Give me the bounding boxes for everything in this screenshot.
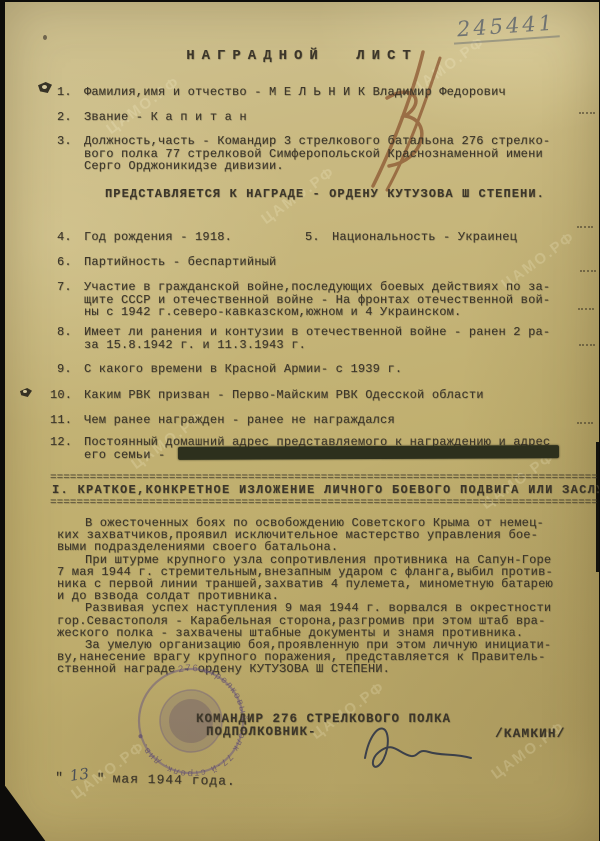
field-value: Должность,часть - Командир 3 стрелкового… [84,134,550,148]
field-war-participation: 7.Участие в гражданской войне,последующи… [57,281,550,319]
commander-rank-line: ПОДПОЛКОВНИК- [206,726,317,739]
field-number: 10. [50,389,84,402]
field-party-status: 6.Партийность - беспартийный [57,256,276,269]
commander-surname: /КАМКИН/ [495,728,565,741]
field-previous-awards: 11.Чем ранее награжден - ранее не награж… [50,414,395,427]
scan-artifact [577,422,593,424]
field-number: 7. [57,281,84,294]
section-heading: I. КРАТКОЕ,КОНКРЕТНОЕ ИЗЛОЖЕНИЕ ЛИЧНОГО … [52,484,600,497]
field-value: ны с 1942 г.северо-кавказском,южном и 4 … [84,306,550,319]
award-statement: ПРЕДСТАВЛЯЕТСЯ К НАГРАДЕ - ОРДЕНУ КУТУЗО… [105,188,545,201]
field-value: Участие в гражданской войне,последующих … [84,280,550,294]
quote-mark: " [55,770,63,785]
field-number: 6. [57,256,84,269]
field-value: С какого времени в Красной Армии- с 1939… [84,362,402,376]
citation-line: выми подразделениями своего батальона. [57,541,553,553]
field-number: 9. [57,363,84,376]
divider-rule: ========================================… [50,497,597,510]
watermark: ЦАМО.РФ [103,73,183,138]
document-page: ЦАМО.РФ ЦАМО.РФ ЦАМО.РФ ЦАМО.РФ ЦАМО.РФ … [5,2,599,841]
field-value: за 15.8.1942 г. и 11.3.1943 г. [84,339,550,352]
date-text: мая 1944 года. [112,771,236,789]
quote-mark: " [96,771,104,786]
handwritten-day: 13 [69,767,90,782]
field-number: 8. [57,326,84,339]
field-value: Фамилия,имя и отчество - М Е Л Ь Н И К В… [84,85,506,99]
field-number: 3. [57,135,84,148]
citation-line: При штурме крупного узла сопротивления п… [57,554,553,566]
field-drafted-by: 10.Каким РВК призван - Перво-Майским РВК… [50,389,484,402]
scan-artifact [580,270,596,272]
ink-speck [43,35,47,40]
field-number: 5. [305,231,332,244]
page-title: НАГРАДНОЙ ЛИСТ [5,50,599,63]
archive-number-handwritten: 245441 [452,10,560,44]
scan-artifact [579,344,595,346]
citation-text: В ожесточенных боях по освобождению Сове… [57,517,553,676]
field-value: Звание - К а п и т а н [84,110,247,124]
field-number: 11. [50,414,84,427]
scan-artifact [577,226,593,228]
field-number: 4. [57,231,84,244]
field-value: Национальность - Украинец [332,230,517,244]
field-value: Имеет ли ранения и контузии в отечествен… [84,325,550,339]
field-birth-year: 4.Год рождения - 1918. [57,231,232,244]
field-wounds: 8.Имеет ли ранения и контузии в отечеств… [57,326,550,351]
field-number: 1. [57,86,84,99]
field-value: Серго Орджоникидзе дивизии. [84,160,550,173]
field-value: Чем ранее награжден - ранее не награждал… [84,413,395,427]
field-value: Партийность - беспартийный [84,255,276,269]
citation-line: гор.Севастополя - Карабельная сторона,ра… [57,615,553,627]
field-name: 1.Фамилия,имя и отчество - М Е Л Ь Н И К… [57,86,506,99]
citation-line: Развивая успех наступления 9 мая 1944 г.… [57,602,553,614]
hole-punch [38,82,52,93]
field-army-service-since: 9.С какого времени в Красной Армии- с 19… [57,363,402,376]
field-rank: 2.Звание - К а п и т а н [57,111,247,124]
scan-artifact [579,112,595,114]
scan-artifact [578,308,594,310]
redaction-bar [178,445,559,460]
field-value: Год рождения - 1918. [84,230,232,244]
hole-punch [20,388,32,397]
handwritten-mark [327,46,452,196]
field-nationality: 5.Национальность - Украинец [305,231,517,244]
signature-autograph [357,718,477,776]
field-value: Каким РВК призван - Перво-Майским РВК Од… [84,388,484,402]
field-number: 2. [57,111,84,124]
field-number: 12. [50,436,84,449]
field-position-unit: 3.Должность,часть - Командир 3 стрелково… [57,135,550,173]
